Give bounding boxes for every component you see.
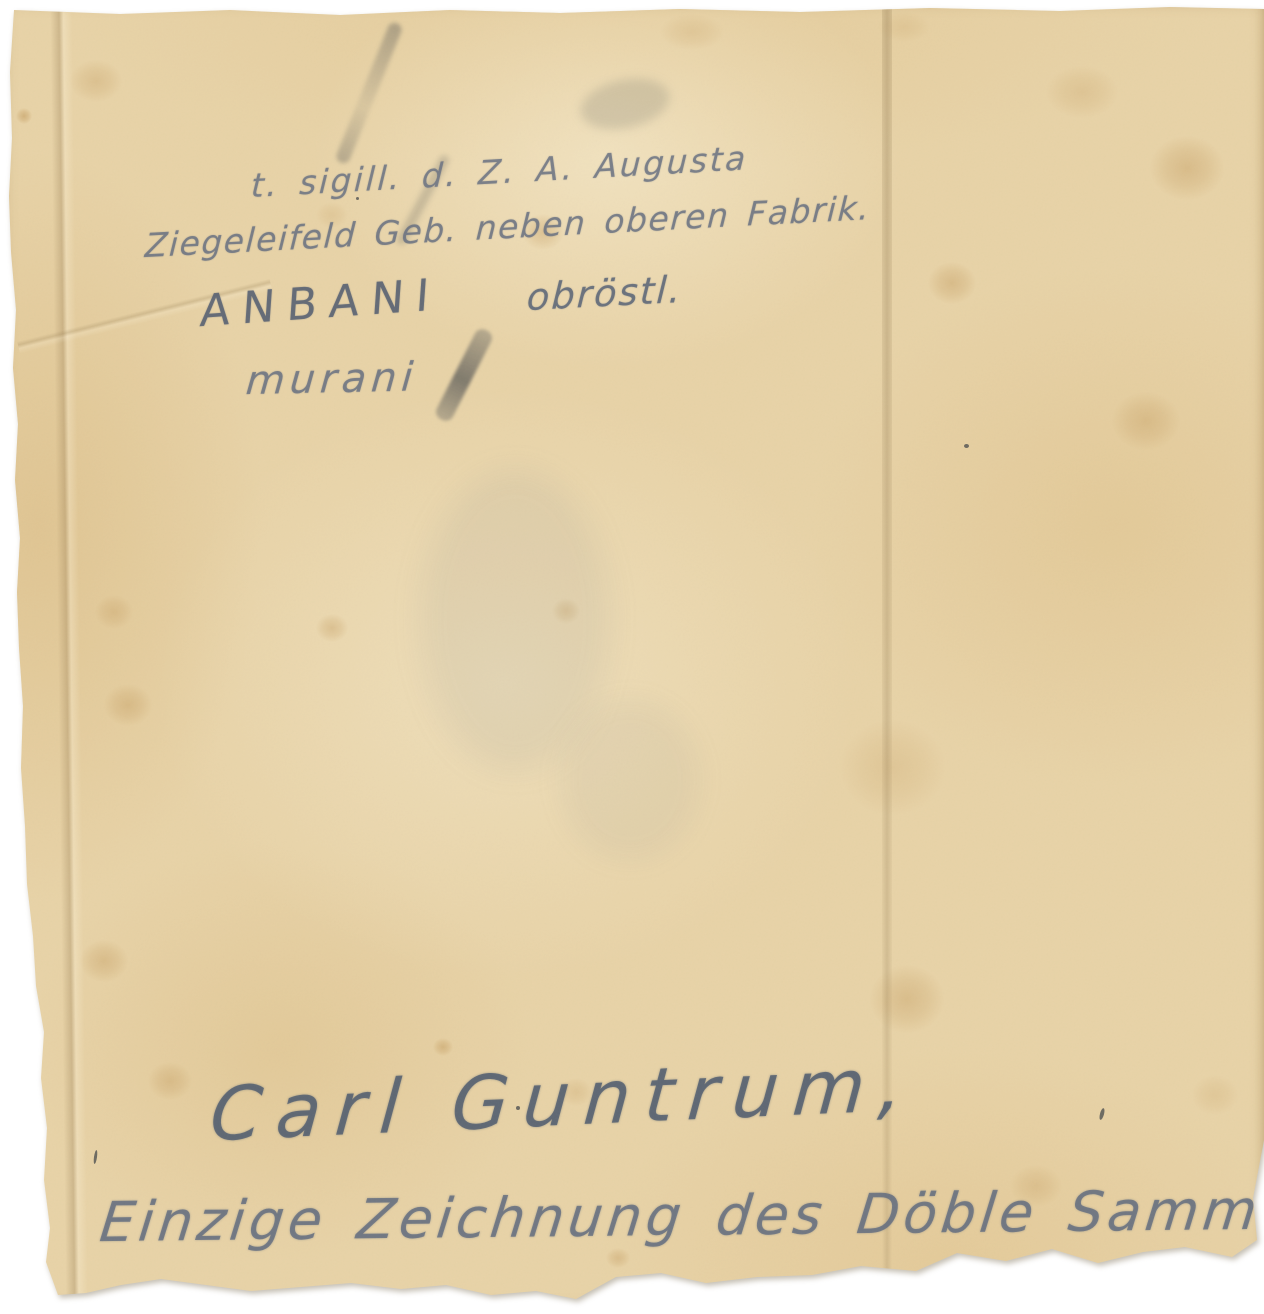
stain-spot [552, 598, 580, 624]
ink-speck [356, 197, 359, 200]
graphite-ghost-showthrough [560, 700, 700, 860]
stain-spot [1150, 136, 1224, 200]
graphite-ghost-showthrough [420, 470, 610, 770]
stain-spot [316, 614, 348, 642]
stain-spot [928, 262, 976, 304]
graphite-smudge-soft [576, 71, 674, 137]
graphite-smudge-dark [433, 326, 494, 423]
stain-spot [1010, 1165, 1062, 1207]
handwriting-note-capitals: ANBANI [198, 269, 442, 337]
stain-spot [522, 214, 564, 250]
stain-spot [95, 595, 133, 629]
paper-sheet: t. sigill. d. Z. A. Augusta Ziegeleifeld… [0, 0, 1264, 1314]
stain-spot [1192, 1075, 1238, 1115]
vertical-fold-crease-left [50, 8, 88, 1300]
stain-spot [840, 720, 945, 815]
ink-speck [964, 444, 969, 448]
stain-spot [660, 14, 724, 50]
stain-spot [316, 202, 348, 228]
vertical-fold-crease-right [882, 0, 892, 1270]
handwriting-note-line-4: murani [244, 354, 420, 404]
stain-spot [16, 108, 32, 124]
stain-spot [148, 1062, 192, 1100]
ink-speck [1099, 1108, 1106, 1121]
paper-shadow-wrapper: t. sigill. d. Z. A. Augusta Ziegeleifeld… [0, 0, 1264, 1314]
stain-spot [104, 684, 152, 726]
ink-speck [93, 1150, 98, 1164]
scanned-page: t. sigill. d. Z. A. Augusta Ziegeleifeld… [0, 0, 1264, 1314]
stain-spot [70, 60, 122, 102]
diagonal-crease-top-left [7, 238, 281, 388]
stain-spot [1046, 66, 1118, 118]
handwriting-note-line-3-suffix: obröstl. [526, 268, 684, 319]
paper-grain-texture [0, 0, 1264, 1314]
stain-spot [606, 1248, 630, 1268]
graphite-smudge-streak [395, 154, 451, 247]
ink-speck [516, 1106, 520, 1110]
stain-spot [433, 1038, 453, 1056]
handwriting-caption: Einzige Zeichnung des Döble Sammlers [97, 1177, 1264, 1254]
stain-spot [878, 12, 930, 42]
handwriting-note-line-2: Ziegeleifeld Geb. neben oberen Fabrik. [144, 188, 871, 265]
handwriting-note-line-1: t. sigill. d. Z. A. Augusta [250, 138, 749, 205]
stain-spot [870, 965, 944, 1033]
stain-spot [80, 940, 128, 982]
graphite-smudge-streak [334, 21, 403, 165]
stain-spot [560, 1078, 592, 1106]
stain-spot [1112, 392, 1180, 450]
